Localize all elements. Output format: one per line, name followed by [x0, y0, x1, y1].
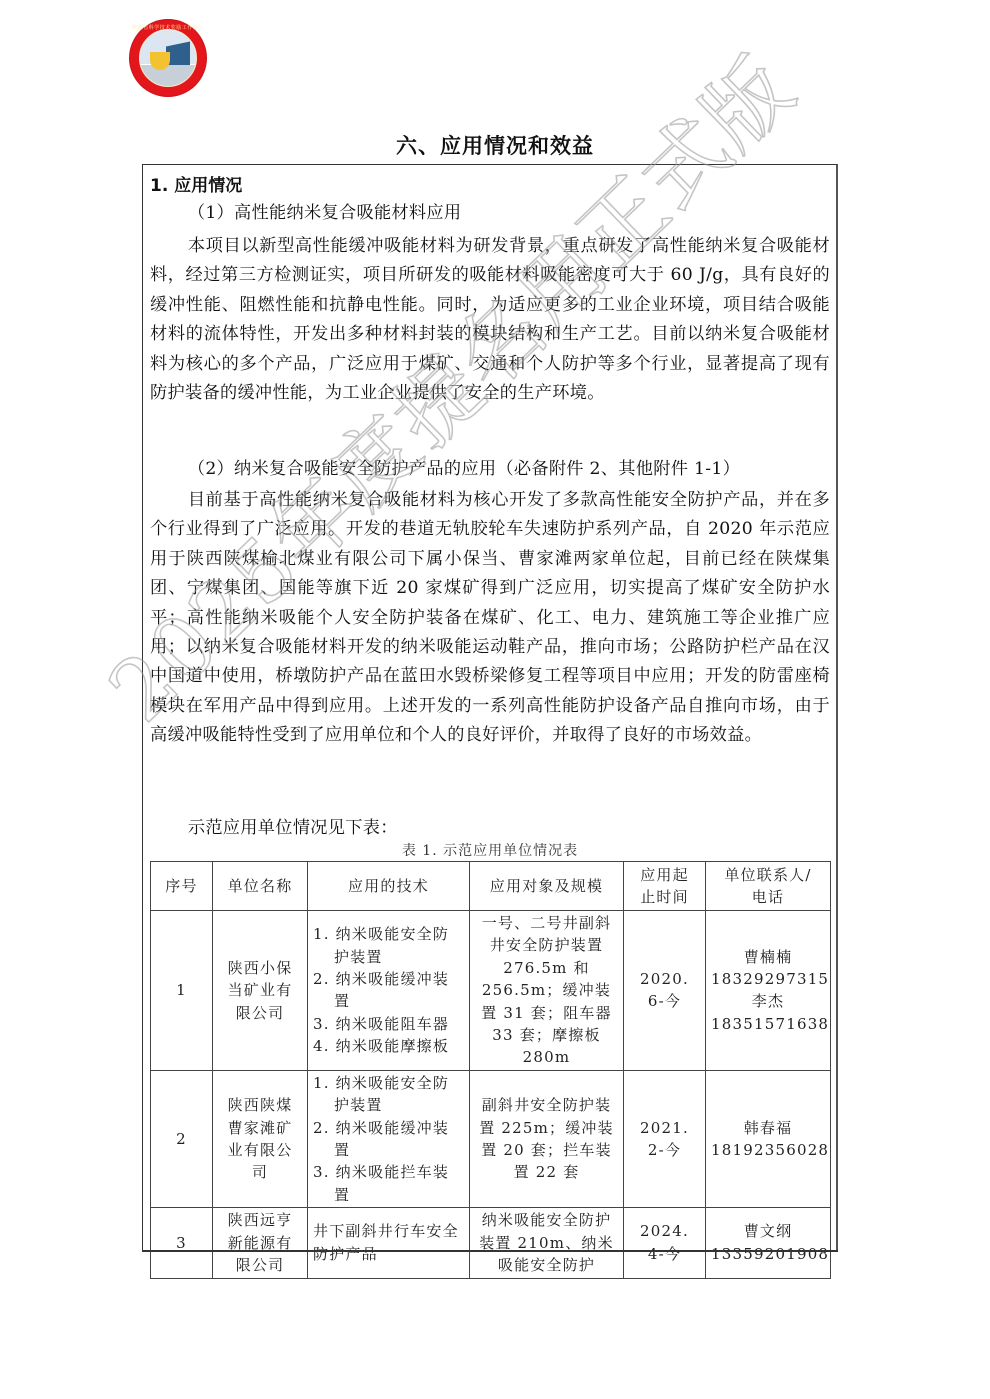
table-header-row: 序号 单位名称 应用的技术 应用对象及规模 应用起止时间 单位联系人/电话	[151, 862, 831, 911]
cell-tech: 1. 纳米吸能安全防护装置 2. 纳米吸能缓冲装置 3. 纳米吸能阻车器 4. …	[308, 911, 470, 1071]
cell-tech: 井下副斜井行车安全防护产品	[308, 1208, 470, 1278]
header-tech: 应用的技术	[308, 862, 470, 911]
cell-contact: 曹文纲 13359201908	[706, 1208, 831, 1278]
cell-period: 2020. 6-今	[624, 911, 706, 1071]
table-row: 1 陕西小保当矿业有限公司 1. 纳米吸能安全防护装置 2. 纳米吸能缓冲装置 …	[151, 911, 831, 1071]
cell-unit: 陕西陕煤曹家滩矿业有限公司	[213, 1070, 308, 1207]
header-period: 应用起止时间	[624, 862, 706, 911]
subsection-heading-1: （1）高性能纳米复合吸能材料应用	[150, 199, 830, 228]
header-scope: 应用对象及规模	[470, 862, 624, 911]
cell-no: 3	[151, 1208, 213, 1278]
paragraph-table-intro: 示范应用单位情况见下表：	[150, 814, 830, 843]
cell-period: 2021. 2-今	[624, 1070, 706, 1207]
seal-text: 陕西省科学技术奖励工作办公室	[130, 24, 206, 38]
cell-contact: 韩春福 18192356028	[706, 1070, 831, 1207]
cell-tech: 1. 纳米吸能安全防护装置 2. 纳米吸能缓冲装置 3. 纳米吸能拦车装置	[308, 1070, 470, 1207]
frame-bottom-rule	[142, 1250, 838, 1252]
cell-contact: 曹楠楠 18329297315 李杰 18351571638	[706, 911, 831, 1071]
paragraph-product-application: 目前基于高性能纳米复合吸能材料为核心开发了多款高性能安全防护产品，并在多个行业得…	[150, 486, 830, 751]
cell-scope: 纳米吸能安全防护装置 210m、纳米吸能安全防护	[470, 1208, 624, 1278]
header-contact: 单位联系人/电话	[706, 862, 831, 911]
subsection-heading-2: （2）纳米复合吸能安全防护产品的应用（必备附件 2、其他附件 1-1）	[150, 455, 830, 484]
paragraph-material-application: 本项目以新型高性能缓冲吸能材料为研发背景，重点研发了高性能纳米复合吸能材料，经过…	[150, 232, 830, 408]
cell-scope: 副斜井安全防护装置 225m；缓冲装置 20 套；拦车装置 22 套	[470, 1070, 624, 1207]
table-row: 3 陕西远亨新能源有限公司 井下副斜井行车安全防护产品 纳米吸能安全防护装置 2…	[151, 1208, 831, 1278]
cell-scope: 一号、二号井副斜井安全防护装置 276.5m 和 256.5m；缓冲装置 31 …	[470, 911, 624, 1071]
cell-no: 1	[151, 911, 213, 1071]
cell-unit: 陕西小保当矿业有限公司	[213, 911, 308, 1071]
cell-no: 2	[151, 1070, 213, 1207]
cell-period: 2024. 4-今	[624, 1208, 706, 1278]
header-no: 序号	[151, 862, 213, 911]
page-title: 六、应用情况和效益	[0, 130, 990, 160]
table-row: 2 陕西陕煤曹家滩矿业有限公司 1. 纳米吸能安全防护装置 2. 纳米吸能缓冲装…	[151, 1070, 831, 1207]
section-heading: 1. 应用情况	[150, 171, 242, 196]
organization-seal-icon: 陕西省科学技术奖励工作办公室	[130, 20, 206, 96]
header-unit: 单位名称	[213, 862, 308, 911]
cell-unit: 陕西远亨新能源有限公司	[213, 1208, 308, 1278]
table-caption: 表 1. 示范应用单位情况表	[150, 840, 830, 860]
demo-units-table: 序号 单位名称 应用的技术 应用对象及规模 应用起止时间 单位联系人/电话 1 …	[150, 861, 831, 1279]
